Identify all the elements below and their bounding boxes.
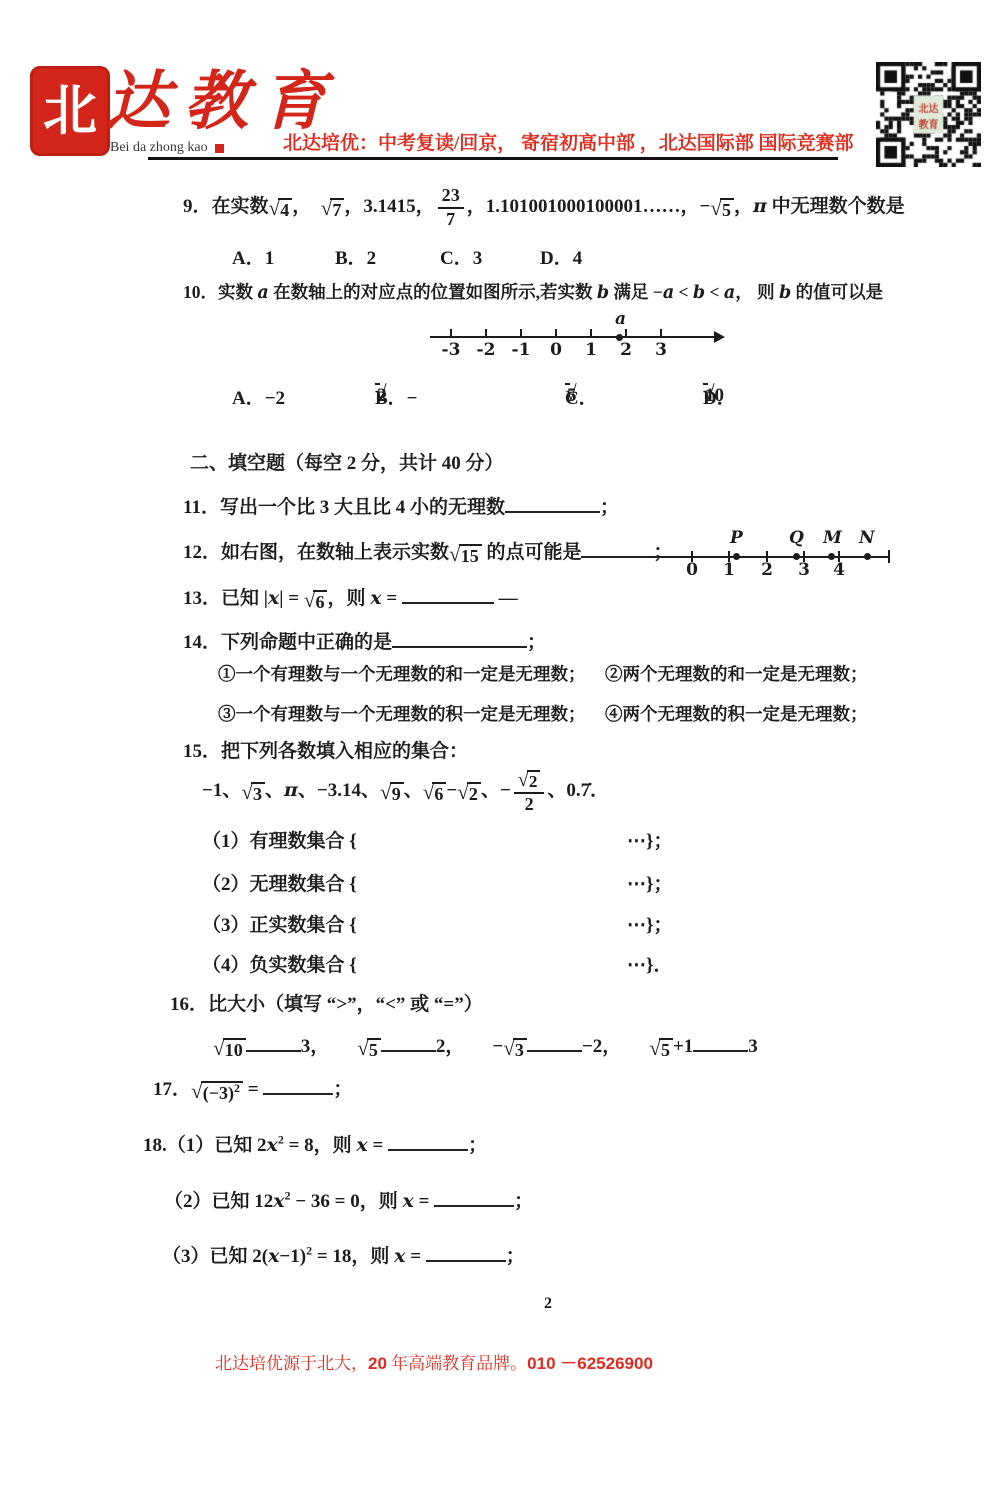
footer-slogan-text-1: 北达培优源于北大，: [215, 1354, 368, 1373]
q12-tick-label: 4: [826, 560, 852, 580]
question-15-title: 15．把下列各数填入相应的集合：: [183, 736, 468, 763]
q12-point-q-label: Q: [789, 528, 804, 548]
question-11-line: 11．写出一个比 3 大且比 4 小的无理数；: [183, 492, 619, 519]
section-2-title: 二、填空题（每空 2 分，共计 40 分）: [190, 448, 504, 475]
q12-point-p-label: P: [730, 528, 743, 548]
q10-tick-label: -1: [508, 340, 534, 360]
q10-tick-label: -3: [438, 340, 464, 360]
q15-set-2-label: （2）无理数集合 {: [202, 869, 357, 896]
worksheet-page: 北 达教育 Bei da zhong kao 北达培优：中考复读/回京， 寄宿初…: [0, 0, 992, 1512]
q12-tick-label: 2: [754, 560, 780, 580]
question-13-line: 13．已知 |x| = √6，则 x = ––: [183, 583, 518, 612]
footer-slogan-number-1: 20: [368, 1354, 387, 1373]
brand-subtitle-text: Bei da zhong kao: [110, 140, 208, 156]
footer-slogan-text-2: 年高端教育品牌。: [387, 1354, 527, 1373]
q14-prop-1: ①一个有理数与一个无理数的和一定是无理数；: [218, 661, 586, 686]
q15-set-row-1: （1）有理数集合 { ⋯}；: [0, 826, 992, 856]
q10-tick-label: 3: [648, 340, 674, 360]
question-18-part-1: 18.（1）已知 2x2 = 8，则 x = ；: [143, 1130, 487, 1157]
question-9-options: A．1 B．2 C．3 D．4: [0, 243, 992, 273]
q10-point-a-dot: [616, 334, 623, 341]
q12-point-q-dot: [793, 553, 800, 560]
q10-axis-arrow-icon: [714, 331, 725, 343]
q10-number-line: -3 -2 -1 0 1 2 3 a: [430, 310, 730, 366]
q15-set-3-tail: ⋯}；: [627, 910, 673, 937]
q15-set-4-tail: ⋯}．: [627, 950, 673, 977]
brand-red-square-icon: [215, 144, 224, 153]
q10-tick-label: -2: [473, 340, 499, 360]
q12-point-n-dot: [864, 553, 871, 560]
q15-set-3-label: （3）正实数集合 {: [202, 910, 357, 937]
header-tagline: 北达培优：中考复读/回京， 寄宿初高中部 ，北达国际部 国际竞赛部: [283, 128, 854, 155]
q10-point-a-label: a: [615, 309, 626, 329]
q12-tick-label: 1: [716, 560, 742, 580]
q12-point-p-dot: [733, 553, 740, 560]
q14-propositions-row-2: ③一个有理数与一个无理数的积一定是无理数； ④两个无理数的积一定是无理数；: [0, 701, 992, 731]
q14-prop-3: ③一个有理数与一个无理数的积一定是无理数；: [218, 701, 586, 726]
q14-prop-2: ②两个无理数的和一定是无理数；: [605, 661, 868, 686]
question-15-numbers: −1、√3、π、−3.14、√9、√6−√2、−√22、0.7̇．: [202, 768, 609, 815]
question-14-line: 14．下列命题中正确的是；: [183, 627, 546, 654]
q12-tick-label: 3: [791, 560, 817, 580]
q15-set-4-label: （4）负实数集合 {: [202, 950, 357, 977]
page-number: 2: [544, 1295, 552, 1313]
q14-prop-4: ④两个无理数的积一定是无理数；: [605, 701, 868, 726]
q15-set-2-tail: ⋯}；: [627, 869, 673, 896]
brand-seal-logo: 北: [30, 66, 110, 156]
q12-point-m-label: M: [823, 528, 842, 548]
q15-set-row-4: （4）负实数集合 { ⋯}．: [0, 950, 992, 980]
q15-set-row-2: （2）无理数集合 { ⋯}；: [0, 869, 992, 899]
q15-set-1-label: （1）有理数集合 {: [202, 826, 357, 853]
question-18-part-3: （3）已知 2(x−1)2 = 18，则 x = ；: [162, 1241, 525, 1268]
question-18-part-2: （2）已知 12x2 − 36 = 0，则 x = ；: [164, 1186, 533, 1213]
q12-point-n-label: N: [859, 528, 875, 548]
q12-point-m-dot: [828, 553, 835, 560]
question-12-line: 12．如右图，在数轴上表示实数√15 的点可能是；: [183, 537, 673, 566]
qr-code: [876, 62, 981, 167]
question-9-line: 9．在实数√4， √7，3.1415，237，1.101001000100001…: [183, 186, 905, 230]
question-10-options: A．−2 B．−√2 C．√5 D．√10: [0, 383, 992, 413]
q12-number-line: 0 1 2 3 4 P Q M N: [648, 520, 900, 584]
q10-tick-label: 0: [543, 340, 569, 360]
question-17-line: 17．√(−3)2 = ；: [153, 1074, 352, 1103]
brand-seal-char: 北: [43, 84, 97, 138]
q10-tick-label: 2: [613, 340, 639, 360]
question-10-line: 10．实数 a 在数轴上的对应点的位置如图所示,若实数 b 满足 −a < b …: [183, 279, 883, 304]
q15-set-1-tail: ⋯}；: [627, 826, 673, 853]
q12-tick-label: 0: [679, 560, 705, 580]
footer-slogan: 北达培优源于北大，20 年高端教育品牌。010 －62526900: [215, 1349, 653, 1374]
question-16-title: 16．比大小（填写 “>”，“<” 或 “=”）: [170, 989, 483, 1016]
q12-axis-line: [648, 556, 890, 558]
q15-set-row-3: （3）正实数集合 { ⋯}；: [0, 910, 992, 940]
q10-tick-label: 1: [578, 340, 604, 360]
q9-option-c: C．3: [440, 243, 482, 270]
header-rule: [148, 157, 838, 160]
q14-propositions-row-1: ①一个有理数与一个无理数的和一定是无理数； ②两个无理数的和一定是无理数；: [0, 661, 992, 691]
q9-option-d: D．4: [540, 243, 582, 270]
brand-subtitle: Bei da zhong kao: [110, 140, 224, 156]
footer-phone-number: 010 －62526900: [527, 1354, 653, 1373]
question-16-line: √103，√52，−√3−2，√5+13: [213, 1031, 758, 1060]
q9-option-b: B．2: [335, 243, 376, 270]
q9-option-a: A．1: [232, 243, 274, 270]
q10-axis-line: [430, 336, 714, 338]
